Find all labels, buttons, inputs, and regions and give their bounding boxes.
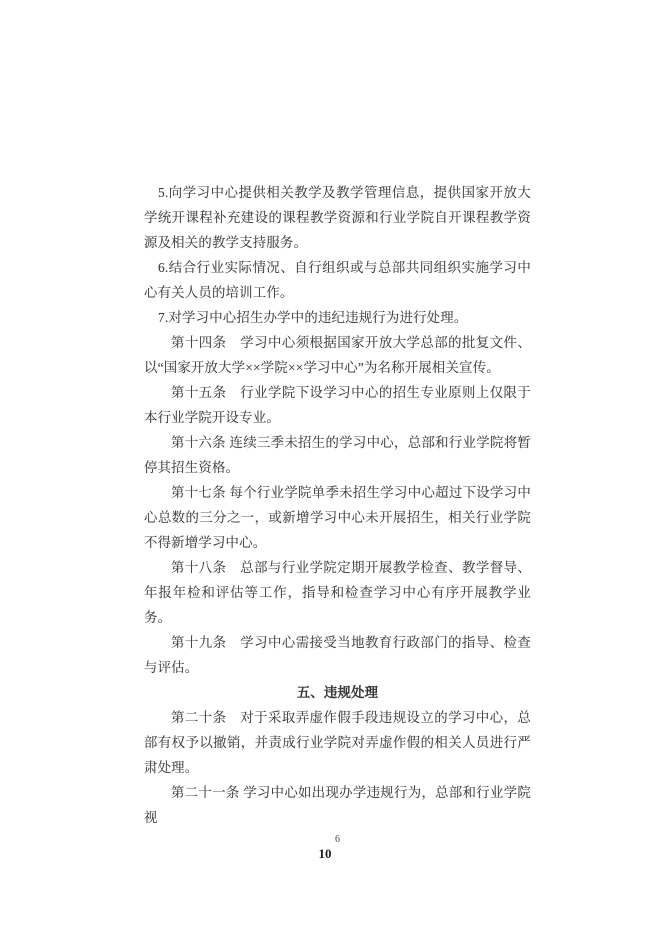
paragraph-article-17: 第十七条 每个行业学院单季未招生学习中心超过下设学习中心总数的三分之一，或新增学… xyxy=(144,480,531,555)
paragraph-item-5: 5.向学习中心提供相关教学及教学管理信息，提供国家开放大学统开课程补充建设的课程… xyxy=(144,180,531,255)
paragraph-item-6: 6.结合行业实际情况、自行组织或与总部共同组织实施学习中心有关人员的培训工作。 xyxy=(144,255,531,305)
paragraph-article-20: 第二十条 对于采取弄虚作假手段违规设立的学习中心，总部有权予以撤销，并责成行业学… xyxy=(144,705,531,780)
doc-page-number: 10 xyxy=(0,847,650,861)
paragraph-article-16: 第十六条 连续三季未招生的学习中心，总部和行业学院将暂停其招生资格。 xyxy=(144,430,531,480)
paragraph-article-21: 第二十一条 学习中心如出现办学违规行为，总部和行业学院视 xyxy=(144,780,531,830)
paragraph-article-15: 第十五条 行业学院下设学习中心的招生专业原则上仅限于本行业学院开设专业。 xyxy=(144,380,531,430)
paragraph-article-18: 第十八条 总部与行业学院定期开展教学检查、教学督导、年报年检和评估等工作，指导和… xyxy=(144,555,531,630)
scanned-document-page: 5.向学习中心提供相关教学及教学管理信息，提供国家开放大学统开课程补充建设的课程… xyxy=(0,0,650,929)
paragraph-item-7: 7.对学习中心招生办学中的违纪违规行为进行处理。 xyxy=(144,305,531,330)
section-heading: 五、违规处理 xyxy=(144,680,531,705)
paragraph-article-19: 第十九条 学习中心需接受当地教育行政部门的指导、检查与评估。 xyxy=(144,630,531,680)
scan-page-number: 6 xyxy=(144,834,531,846)
document-body: 5.向学习中心提供相关教学及教学管理信息，提供国家开放大学统开课程补充建设的课程… xyxy=(144,180,531,846)
paragraph-article-14: 第十四条 学习中心须根据国家开放大学总部的批复文件、以“国家开放大学××学院××… xyxy=(144,330,531,380)
